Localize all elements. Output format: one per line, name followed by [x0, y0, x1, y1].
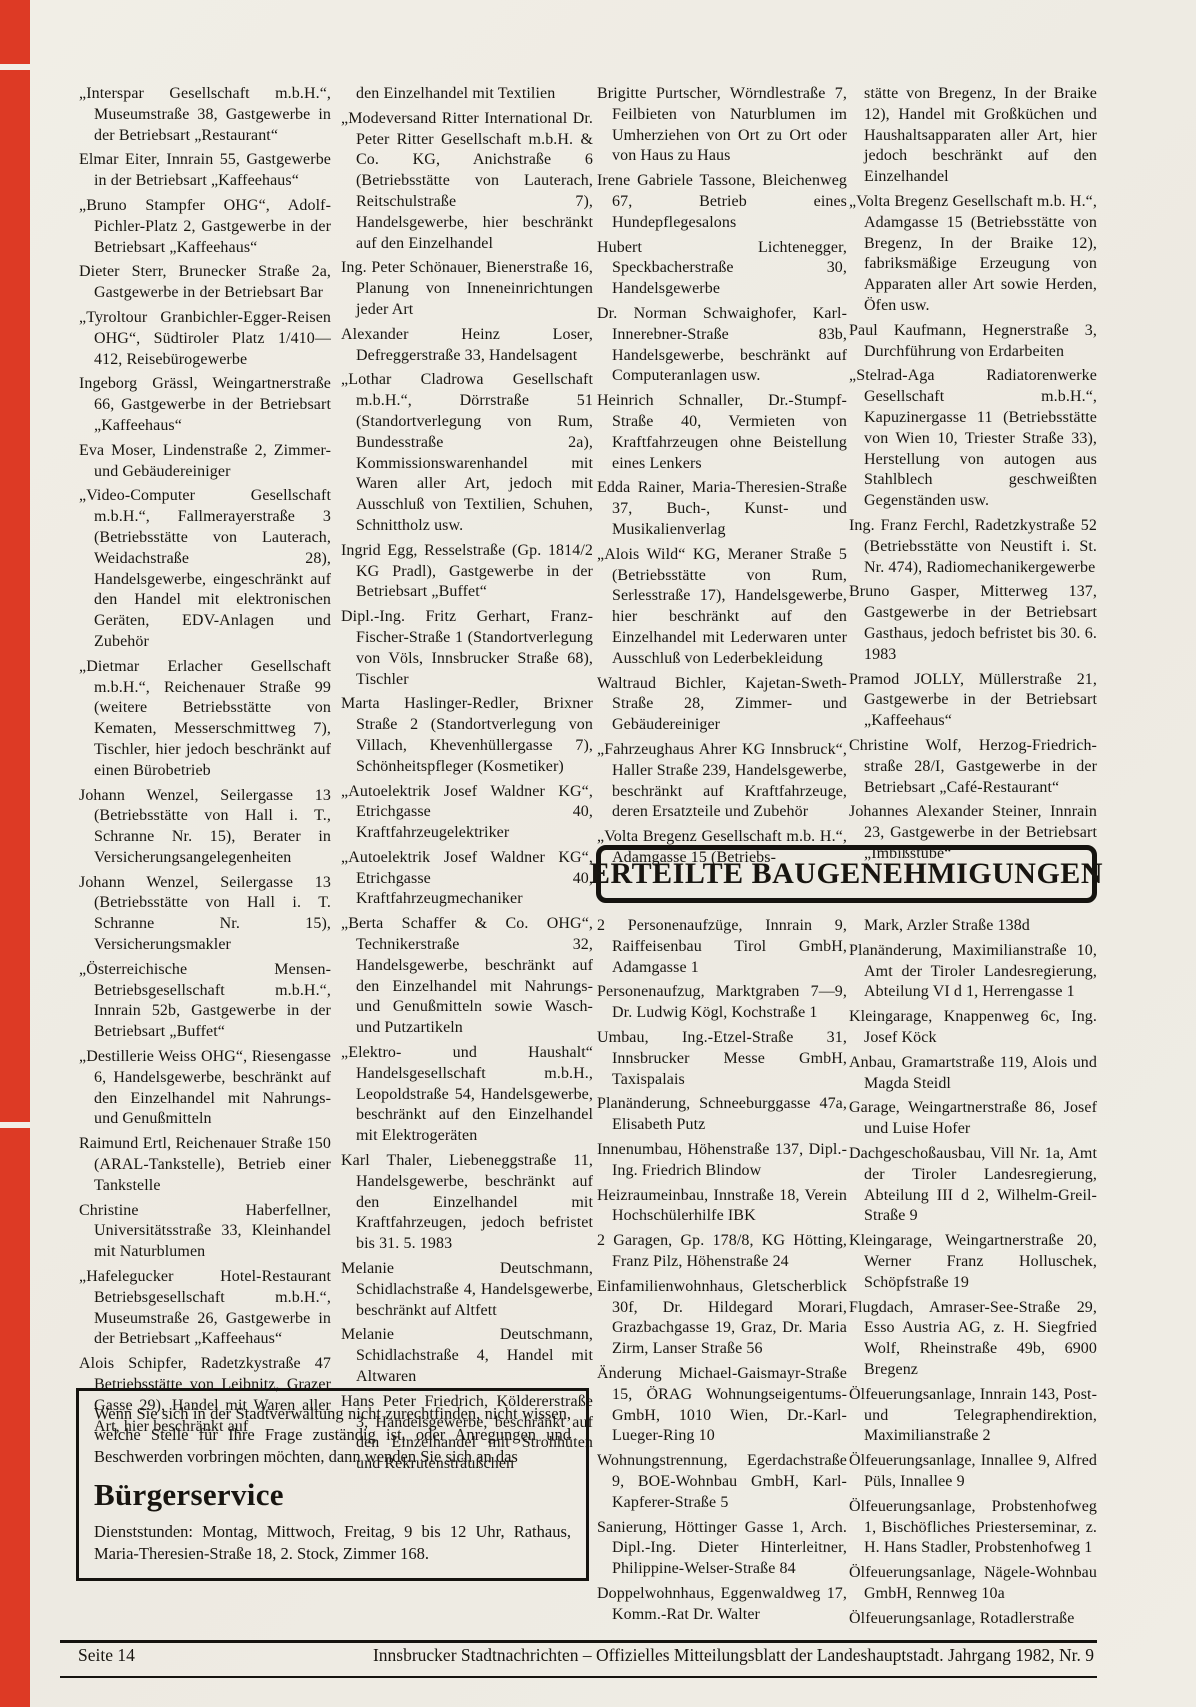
entry: Alexander Heinz Loser, Defreggerstraße 3… [341, 325, 593, 367]
entry: „Alois Wild“ KG, Meraner Straße 5 (Betri… [597, 545, 847, 670]
entry: Karl Thaler, Liebeneggstraße 11, Handels… [341, 1151, 593, 1255]
entry: „Autoelektrik Josef Waldner KG“, Etrichg… [341, 848, 593, 910]
entry: Pramod JOLLY, Müllerstraße 21, Gastgewer… [849, 670, 1097, 732]
entry: „Destillerie Weiss OHG“, Riesengasse 6, … [79, 1047, 331, 1130]
entry: Paul Kaufmann, Hegnerstraße 3, Durchführ… [849, 321, 1097, 363]
business-column-2: den Einzelhandel mit Textilien„Modeversa… [341, 84, 593, 1479]
entry: Planänderung, Schneeburggasse 47a, Elisa… [597, 1094, 847, 1136]
entry: Melanie Deutschmann, Schidlachstraße 4, … [341, 1325, 593, 1387]
entry: stätte von Bregenz, In der Braike 12), H… [849, 84, 1097, 188]
entry: Marta Haslinger-Redler, Brixner Straße 2… [341, 694, 593, 777]
entry: Mark, Arzler Straße 138d [849, 916, 1097, 937]
entry: Ölfeuerungsanlage, Nägele-Wohnbau GmbH, … [849, 1563, 1097, 1605]
entry: Dipl.-Ing. Fritz Gerhart, Franz-Fischer-… [341, 607, 593, 690]
entry: Planänderung, Maximilianstraße 10, Amt d… [849, 941, 1097, 1003]
footer: Seite 14 Innsbrucker Stadtnachrichten – … [78, 1645, 1094, 1666]
entry: „Video-Computer Gesellschaft m.b.H.“, Fa… [79, 486, 331, 652]
entry: Ing. Franz Ferchl, Radetzkystraße 52 (Be… [849, 516, 1097, 578]
entry: „Berta Schaffer & Co. OHG“, Technikerstr… [341, 914, 593, 1039]
permits-section-heading-box: ERTEILTE BAUGENEHMIGUNGEN [596, 845, 1097, 903]
entry: Irene Gabriele Tassone, Bleichenweg 67, … [597, 171, 847, 233]
footer-publication-line: Innsbrucker Stadtnachrichten – Offiziell… [373, 1645, 1094, 1666]
entry: „Dietmar Erlacher Gesellschaft m.b.H.“, … [79, 657, 331, 782]
entry: Änderung Michael-Gaismayr-Straße 15, ÖRA… [597, 1364, 847, 1447]
entry: Ölfeuerungsanlage, Innallee 9, Alfred Pü… [849, 1451, 1097, 1493]
footer-page-number: Seite 14 [78, 1645, 135, 1666]
entry: „Fahrzeughaus Ahrer KG Innsbruck“, Halle… [597, 740, 847, 823]
entry: Ingeborg Grässl, Weingartnerstraße 66, G… [79, 374, 331, 436]
buergerservice-box: Wenn Sie sich in der Stadtverwaltung nic… [76, 1388, 589, 1581]
entry: Garage, Weingartnerstraße 86, Josef und … [849, 1098, 1097, 1140]
entry: Ölfeuerungsanlage, Rotadlerstraße [849, 1609, 1097, 1630]
entry: Doppelwohnhaus, Eggenwaldweg 17, Komm.-R… [597, 1584, 847, 1626]
newspaper-page: { "page": { "footer_left": "Seite 14", "… [0, 0, 1196, 1707]
entry: 2 Garagen, Gp. 178/8, KG Hötting, Franz … [597, 1231, 847, 1273]
entry: Raimund Ertl, Reichenauer Straße 150 (AR… [79, 1134, 331, 1196]
entry: Kleingarage, Weingartnerstraße 20, Werne… [849, 1231, 1097, 1293]
entry: Ölfeuerungsanlage, Innrain 143, Post- un… [849, 1385, 1097, 1447]
entry: Ing. Peter Schönauer, Bienerstraße 16, P… [341, 258, 593, 320]
entry: Heinrich Schnaller, Dr.-Stumpf-Straße 40… [597, 391, 847, 474]
entry: „Lothar Cladrowa Gesellschaft m.b.H.“, D… [341, 370, 593, 536]
business-column-3: Brigitte Purtscher, Wörndlestraße 7, Fei… [597, 84, 847, 873]
entry: Sanierung, Höttinger Gasse 1, Arch. Dipl… [597, 1518, 847, 1580]
entry: Elmar Eiter, Innrain 55, Gastgewerbe in … [79, 150, 331, 192]
entry: Wohnungstrennung, Egerdachstraße 9, BOE-… [597, 1451, 847, 1513]
strip-notch [0, 64, 30, 70]
entry: „Hafelegucker Hotel-Restaurant Betriebsg… [79, 1267, 331, 1350]
footer-rule-top [60, 1640, 1097, 1643]
entry: Innenumbau, Höhenstraße 137, Dipl.-Ing. … [597, 1140, 847, 1182]
entry: Dr. Norman Schwaighofer, Karl-Innerebner… [597, 304, 847, 387]
entry: „Modeversand Ritter International Dr. Pe… [341, 109, 593, 255]
entry: Johann Wenzel, Seilergasse 13 (Betriebss… [79, 873, 331, 956]
entry: Johann Wenzel, Seilergasse 13 (Betriebss… [79, 786, 331, 869]
entry: „Autoelektrik Josef Waldner KG“, Etrichg… [341, 782, 593, 844]
entry: 2 Personenaufzüge, Innrain 9, Raiffeisen… [597, 916, 847, 978]
entry: „Volta Bregenz Gesellschaft m.b. H.“, Ad… [849, 192, 1097, 317]
entry: „Elektro- und Haushalt“ Handelsgesellsch… [341, 1043, 593, 1147]
permits-section-heading: ERTEILTE BAUGENEHMIGUNGEN [590, 857, 1103, 891]
entry: Umbau, Ing.-Etzel-Straße 31, Innsbrucker… [597, 1028, 847, 1090]
entry: „Bruno Stampfer OHG“, Adolf-Pichler-Plat… [79, 196, 331, 258]
entry: Eva Moser, Lindenstraße 2, Zimmer- und G… [79, 441, 331, 483]
buergerservice-hours: Dienststunden: Montag, Mittwoch, Freitag… [94, 1521, 571, 1564]
entry: Bruno Gasper, Mitterweg 137, Gastgewerbe… [849, 582, 1097, 665]
entry: Christine Haberfellner, Universitätsstra… [79, 1201, 331, 1263]
buergerservice-title: Bürgerservice [94, 1477, 571, 1513]
entry: Dieter Sterr, Brunecker Straße 2a, Gastg… [79, 262, 331, 304]
strip-notch [0, 1122, 30, 1128]
entry: Einfamilienwohnhaus, Gletscherblick 30f,… [597, 1277, 847, 1360]
entry: Christine Wolf, Herzog-Friedrich-straße … [849, 736, 1097, 798]
entry: Waltraud Bichler, Kajetan-Sweth-Straße 2… [597, 674, 847, 736]
entry: Dachgeschoßausbau, Vill Nr. 1a, Amt der … [849, 1144, 1097, 1227]
entry: den Einzelhandel mit Textilien [341, 84, 593, 105]
entry: „Interspar Gesellschaft m.b.H.“, Museums… [79, 84, 331, 146]
permits-column-1: 2 Personenaufzüge, Innrain 9, Raiffeisen… [597, 916, 847, 1630]
business-column-4: stätte von Bregenz, In der Braike 12), H… [849, 84, 1097, 869]
entry: Melanie Deutschmann, Schidlachstraße 4, … [341, 1259, 593, 1321]
entry: Ingrid Egg, Resselstraße (Gp. 1814/2 KG … [341, 541, 593, 603]
entry: „Österreichische Mensen-Betriebsgesellsc… [79, 960, 331, 1043]
entry: Hubert Lichtenegger, Speckbacherstraße 3… [597, 238, 847, 300]
entry: Flugdach, Amraser-See-Straße 29, Esso Au… [849, 1298, 1097, 1381]
entry: Anbau, Gramartstraße 119, Alois und Magd… [849, 1053, 1097, 1095]
footer-rule-bottom [60, 1676, 1097, 1678]
entry: Ölfeuerungsanlage, Probstenhofweg 1, Bis… [849, 1497, 1097, 1559]
business-column-1: „Interspar Gesellschaft m.b.H.“, Museums… [79, 84, 331, 1441]
entry: Kleingarage, Knappenweg 6c, Ing. Josef K… [849, 1007, 1097, 1049]
red-edge-strip [0, 0, 30, 1707]
entry: „Stelrad-Aga Radiatorenwerke Gesellschaf… [849, 366, 1097, 512]
entry: „Tyroltour Granbichler-Egger-Reisen OHG“… [79, 308, 331, 370]
permits-column-2: Mark, Arzler Straße 138dPlanänderung, Ma… [849, 916, 1097, 1634]
entry: Brigitte Purtscher, Wörndlestraße 7, Fei… [597, 84, 847, 167]
entry: Edda Rainer, Maria-Theresien-Straße 37, … [597, 478, 847, 540]
buergerservice-intro: Wenn Sie sich in der Stadtverwaltung nic… [94, 1403, 571, 1467]
entry: Heizraumeinbau, Innstraße 18, Verein Hoc… [597, 1186, 847, 1228]
entry: Personenaufzug, Marktgraben 7—9, Dr. Lud… [597, 982, 847, 1024]
